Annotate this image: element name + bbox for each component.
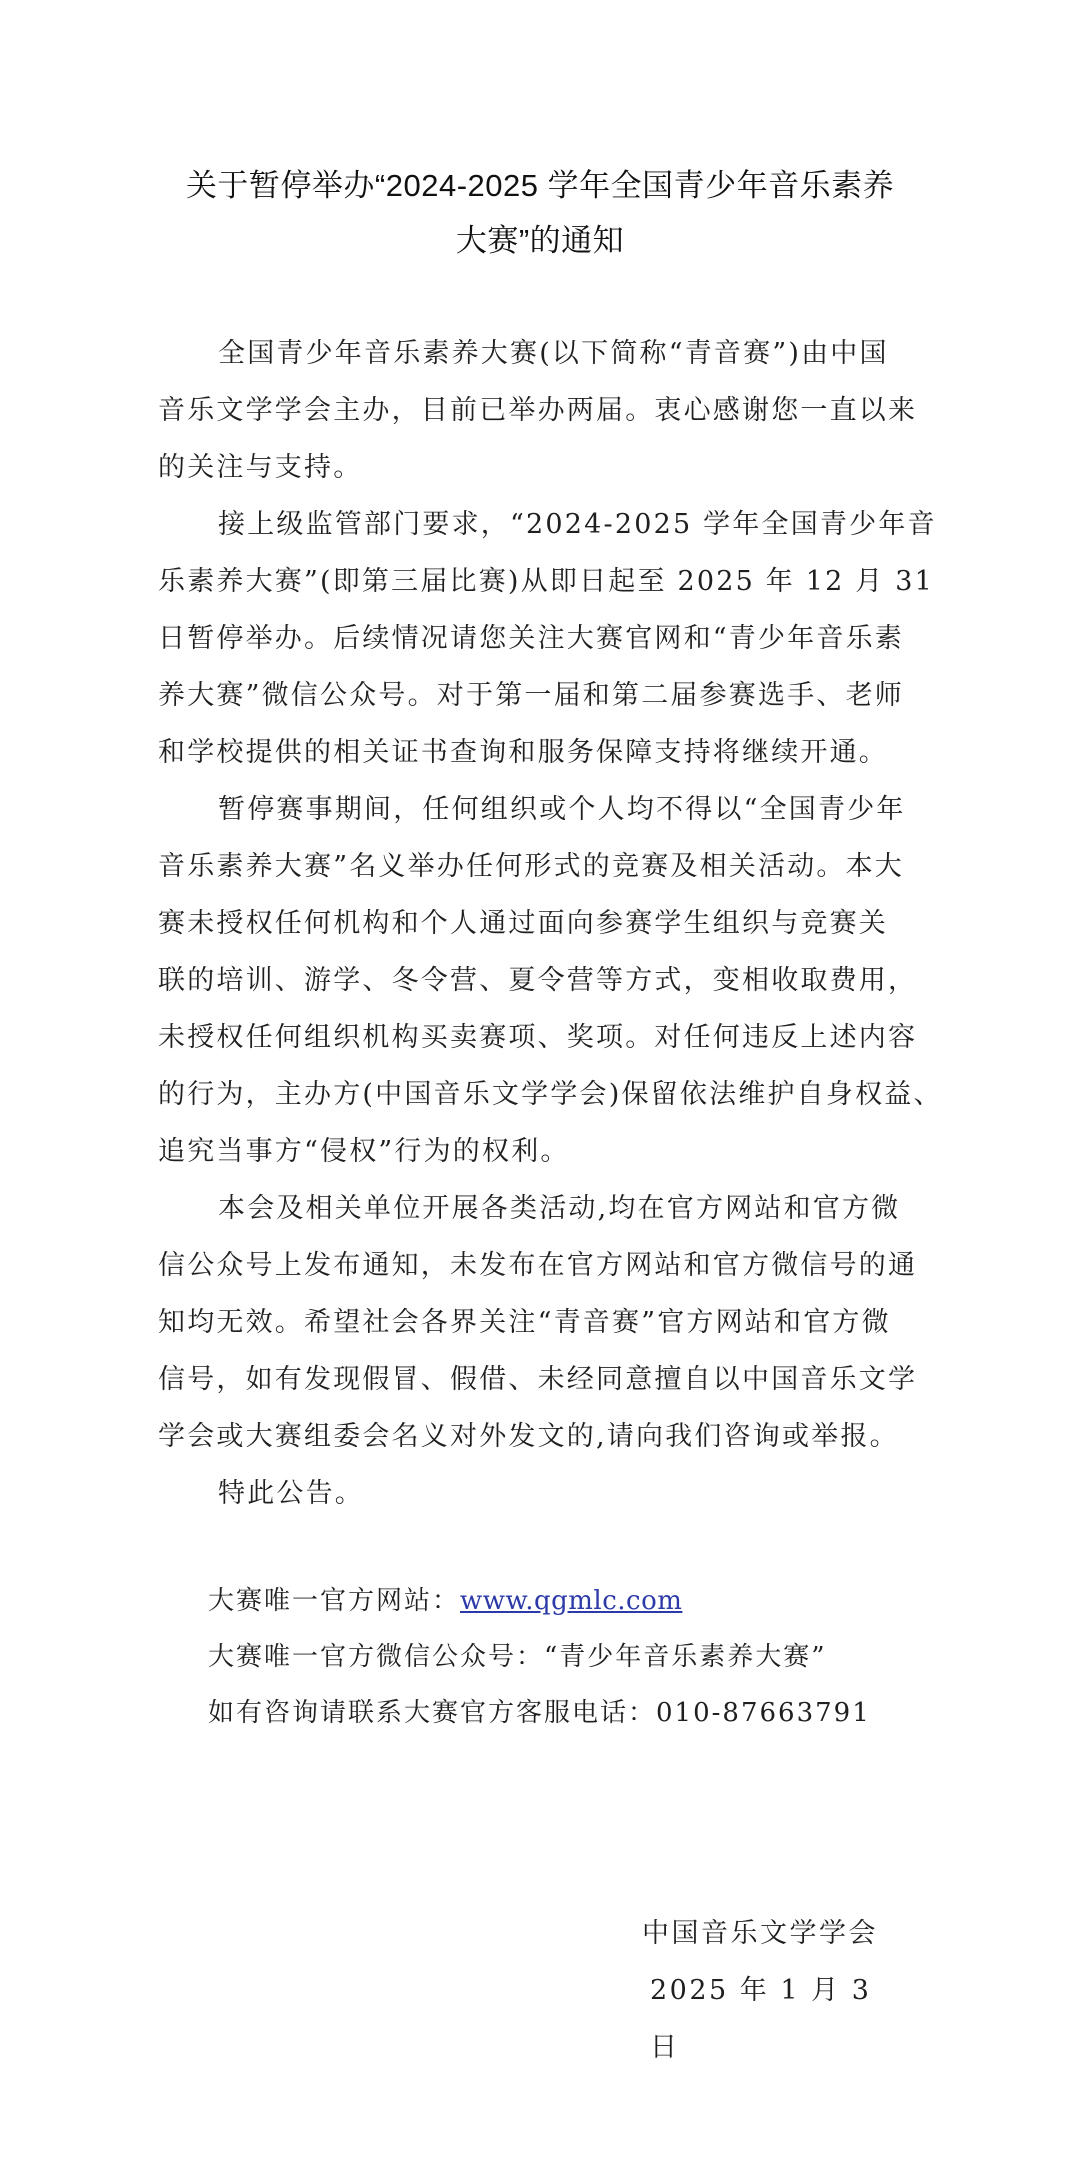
wechat-row: 大赛唯一官方微信公众号：“青少年音乐素养大赛”: [208, 1629, 968, 1685]
text-line: 本会及相关单位开展各类活动,均在官方网站和官方微: [158, 1180, 938, 1237]
paragraph-prohibition: 暂停赛事期间，任何组织或个人均不得以“全国青少年 音乐素养大赛”名义举办任何形式…: [158, 781, 938, 1180]
issuing-organization: 中国音乐文学学会: [600, 1905, 900, 1962]
text-line: 暂停赛事期间，任何组织或个人均不得以“全国青少年: [158, 781, 938, 838]
text-line: 和学校提供的相关证书查询和服务保障支持将继续开通。: [158, 724, 938, 781]
text-line: 接上级监管部门要求，“2024-2025 学年全国青少年音: [158, 496, 938, 553]
text-line: 学会或大赛组委会名义对外发文的,请向我们咨询或举报。: [158, 1408, 938, 1465]
website-row: 大赛唯一官方网站：www.qgmlc.com: [208, 1573, 968, 1629]
text-line: 特此公告。: [158, 1465, 938, 1522]
text-line: 音乐文学学会主办，目前已举办两届。衷心感谢您一直以来: [158, 382, 938, 439]
paragraph-suspension: 接上级监管部门要求，“2024-2025 学年全国青少年音 乐素养大赛”(即第三…: [158, 496, 938, 781]
text-line: 信公众号上发布通知，未发布在官方网站和官方微信号的通: [158, 1237, 938, 1294]
text-line: 乐素养大赛”(即第三届比赛)从即日起至 2025 年 12 月 31: [158, 553, 938, 610]
title-line-2: 大赛”的通知: [150, 213, 930, 268]
phone-label: 如有咨询请联系大赛官方客服电话：: [208, 1698, 656, 1728]
contact-info: 大赛唯一官方网站：www.qgmlc.com 大赛唯一官方微信公众号：“青少年音…: [208, 1573, 968, 1741]
notice-title: 关于暂停举办“2024-2025 学年全国青少年音乐素养 大赛”的通知: [150, 158, 930, 268]
text-line: 全国青少年音乐素养大赛(以下简称“青音赛”)由中国: [158, 325, 938, 382]
text-line: 追究当事方“侵权”行为的权利。: [158, 1123, 938, 1180]
phone-row: 如有咨询请联系大赛官方客服电话：010-87663791: [208, 1685, 968, 1741]
paragraph-closing: 特此公告。: [158, 1465, 938, 1522]
text-line: 日暂停举办。后续情况请您关注大赛官网和“青少年音乐素: [158, 610, 938, 667]
wechat-label: 大赛唯一官方微信公众号：: [208, 1642, 544, 1672]
phone-number: 010-87663791: [656, 1698, 871, 1728]
wechat-account-name: “青少年音乐素养大赛”: [544, 1642, 827, 1672]
signature-block: 中国音乐文学学会 2025 年 1 月 3 日: [600, 1905, 900, 2076]
text-line: 的行为，主办方(中国音乐文学学会)保留依法维护自身权益、: [158, 1066, 938, 1123]
website-label: 大赛唯一官方网站：: [208, 1586, 460, 1616]
text-line: 未授权任何组织机构买卖赛项、奖项。对任何违反上述内容: [158, 1009, 938, 1066]
paragraph-intro: 全国青少年音乐素养大赛(以下简称“青音赛”)由中国 音乐文学学会主办，目前已举办…: [158, 325, 938, 496]
issue-date: 2025 年 1 月 3 日: [600, 1962, 900, 2076]
title-line-1: 关于暂停举办“2024-2025 学年全国青少年音乐素养: [150, 158, 930, 213]
paragraph-official-channels: 本会及相关单位开展各类活动,均在官方网站和官方微 信公众号上发布通知，未发布在官…: [158, 1180, 938, 1465]
document-page: 关于暂停举办“2024-2025 学年全国青少年音乐素养 大赛”的通知 全国青少…: [0, 0, 1080, 2177]
text-line: 联的培训、游学、冬令营、夏令营等方式，变相收取费用，: [158, 952, 938, 1009]
text-line: 赛未授权任何机构和个人通过面向参赛学生组织与竞赛关: [158, 895, 938, 952]
text-line: 知均无效。希望社会各界关注“青音赛”官方网站和官方微: [158, 1294, 938, 1351]
text-line: 的关注与支持。: [158, 439, 938, 496]
text-line: 信号，如有发现假冒、假借、未经同意擅自以中国音乐文学: [158, 1351, 938, 1408]
text-line: 音乐素养大赛”名义举办任何形式的竞赛及相关活动。本大: [158, 838, 938, 895]
website-link[interactable]: www.qgmlc.com: [460, 1586, 682, 1616]
notice-body: 全国青少年音乐素养大赛(以下简称“青音赛”)由中国 音乐文学学会主办，目前已举办…: [158, 325, 938, 1522]
text-line: 养大赛”微信公众号。对于第一届和第二届参赛选手、老师: [158, 667, 938, 724]
